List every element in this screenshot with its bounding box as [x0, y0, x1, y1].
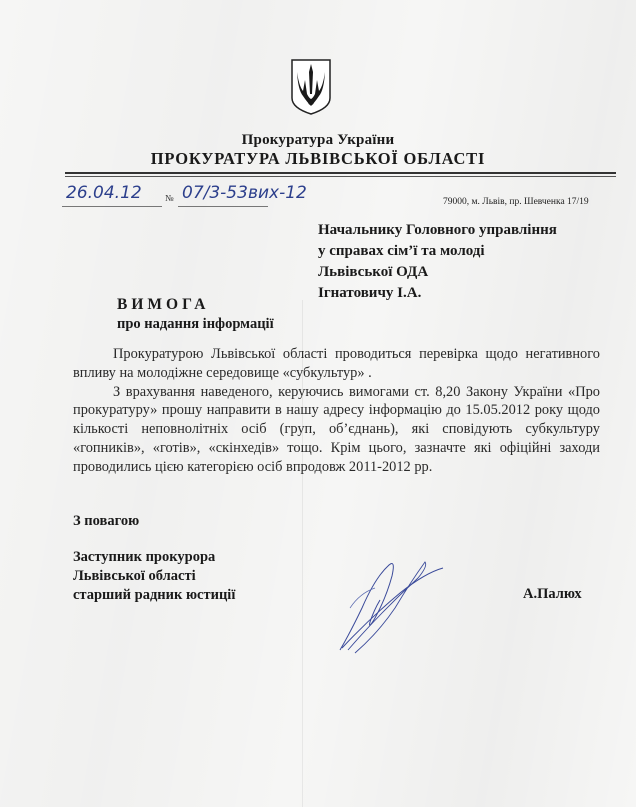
date-underline: [62, 206, 162, 207]
document-subtitle: про надання інформації: [117, 316, 274, 333]
closing-phrase: З повагою: [73, 513, 139, 530]
document-body: Прокуратурою Львівської області проводит…: [73, 345, 600, 477]
recipient-block: Начальнику Головного управління у справа…: [318, 220, 557, 304]
registration-number: 07/3-53вих-12: [182, 183, 307, 203]
header-rule-thin: [65, 176, 616, 177]
document-page: Прокуратура України ПРОКУРАТУРА ЛЬВІВСЬК…: [0, 0, 636, 807]
signer-line: Львівської області: [73, 567, 235, 586]
signer-block: Заступник прокурора Львівської області с…: [73, 548, 235, 605]
handwritten-signature-icon: [300, 538, 450, 658]
document-date: 26.04.12: [66, 183, 142, 203]
header-rule-thick: [65, 172, 616, 174]
signer-line: старший радник юстиції: [73, 586, 235, 605]
recipient-line: у справах сім’ї та молоді: [318, 241, 557, 262]
number-underline: [178, 206, 268, 207]
sender-address: 79000, м. Львів, пр. Шевченка 17/19: [443, 197, 589, 207]
signer-line: Заступник прокурора: [73, 548, 235, 567]
signer-name: А.Палюх: [523, 586, 582, 603]
org-name-national: Прокуратура України: [0, 132, 636, 149]
body-paragraph: Прокуратурою Львівської області проводит…: [73, 345, 600, 383]
recipient-line: Ігнатовичу І.А.: [318, 283, 557, 304]
org-name-regional: ПРОКУРАТУРА ЛЬВІВСЬКОЇ ОБЛАСТІ: [0, 149, 636, 169]
recipient-line: Львівської ОДА: [318, 262, 557, 283]
recipient-line: Начальнику Головного управління: [318, 220, 557, 241]
document-title: ВИМОГА: [117, 296, 209, 314]
number-sign: №: [165, 193, 174, 203]
body-paragraph: З врахування наведеного, керуючись вимог…: [73, 383, 600, 477]
trident-coat-of-arms-icon: [290, 58, 332, 116]
